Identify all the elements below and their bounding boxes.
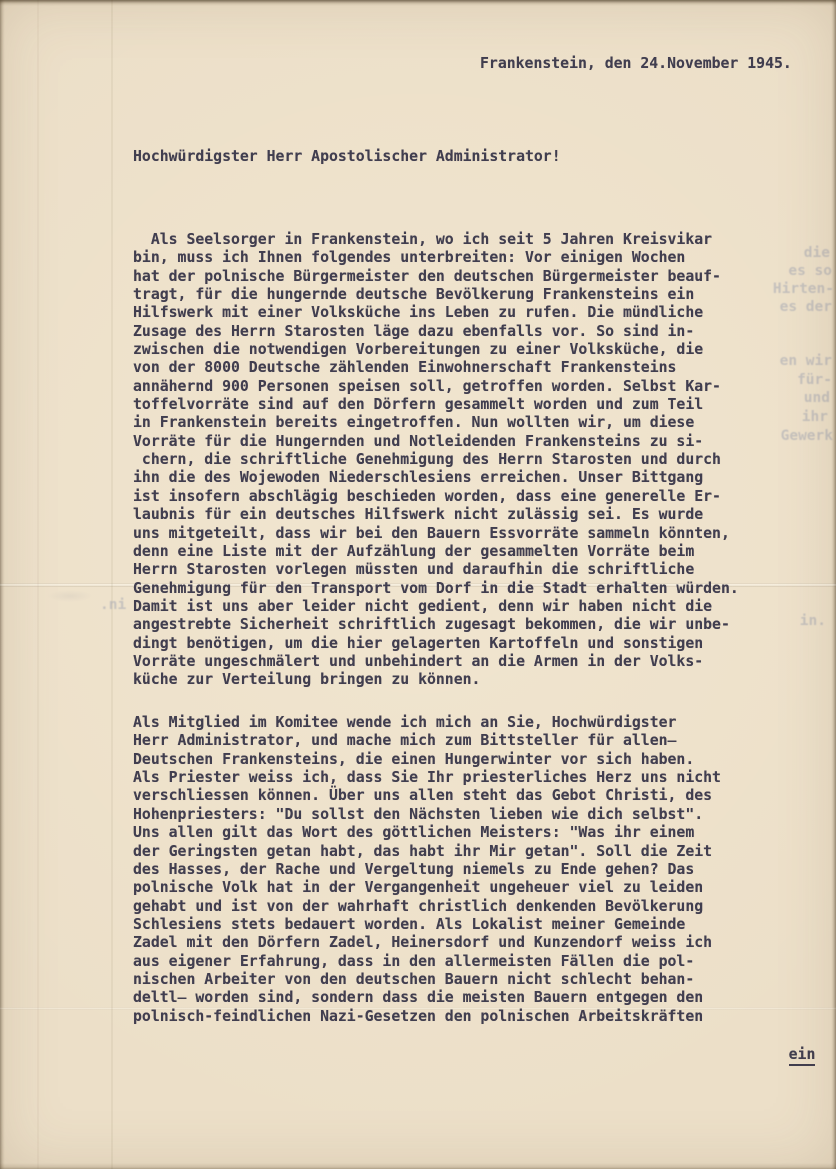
text-line: dingt benötigen, um die hier gelagerten …: [133, 635, 773, 653]
text-line: Herrn Starosten vorlegen müssten und dar…: [133, 561, 773, 579]
text-line: polnische Volk hat in der Vergangenheit …: [133, 879, 773, 897]
text-line: angestrebte Sicherheit schriftlich zuges…: [133, 616, 773, 634]
text-line: Hilfswerk mit einer Volksküche ins Leben…: [133, 304, 773, 322]
text-line: hat der polnische Bürgermeister den deut…: [133, 268, 773, 286]
text-line: Als Mitglied im Komitee wende ich mich a…: [133, 714, 773, 732]
text-line: zwischen die notwendigen Vorbereitungen …: [133, 341, 773, 359]
text-line: des Hasses, der Rache und Vergeltung nie…: [133, 861, 773, 879]
text-line: Deutschen Frankensteins, die einen Hunge…: [133, 751, 773, 769]
paragraph-1: Als Seelsorger in Frankenstein, wo ich s…: [133, 231, 773, 690]
letter-page: diees soHirten-es deren wirfür-undihrGew…: [0, 0, 836, 1169]
text-line: laubnis für ein deutsches Hilfswerk nich…: [133, 506, 773, 524]
showthrough-text-fragment: es der: [780, 298, 832, 316]
showthrough-text-fragment: Gewerk: [781, 427, 833, 445]
text-line: küche zur Verteilung bringen zu können.: [133, 671, 773, 689]
text-line: bin, muss ich Ihnen folgendes unterbreit…: [133, 249, 773, 267]
letter-body: Als Seelsorger in Frankenstein, wo ich s…: [133, 231, 773, 1050]
text-line: tragt, für die hungernde deutsche Bevölk…: [133, 286, 773, 304]
showthrough-text-fragment: für-: [797, 371, 832, 389]
text-line: Als Seelsorger in Frankenstein, wo ich s…: [133, 231, 773, 249]
paragraph-2: Als Mitglied im Komitee wende ich mich a…: [133, 714, 773, 1026]
text-line: Zadel mit den Dörfern Zadel, Heinersdorf…: [133, 934, 773, 952]
text-line: polnisch-feindlichen Nazi-Gesetzen den p…: [133, 1008, 773, 1026]
text-line: Genehmigung für den Transport vom Dorf i…: [133, 580, 773, 598]
text-line: Vorräte ungeschmälert und unbehindert an…: [133, 653, 773, 671]
text-line: Vorräte für die Hungernden und Notleiden…: [133, 433, 773, 451]
text-line: annähernd 900 Personen speisen soll, get…: [133, 378, 773, 396]
catchword: ein: [789, 1046, 816, 1066]
showthrough-text-fragment: en wir: [780, 352, 832, 370]
text-line: Hohenpriesters: "Du sollst den Nächsten …: [133, 806, 773, 824]
text-line: ist insofern abschlägig beschieden worde…: [133, 488, 773, 506]
salutation: Hochwürdigster Herr Apostolischer Admini…: [133, 148, 561, 166]
catchword-row: ein: [753, 1028, 815, 1083]
text-line: von der 8000 Deutsche zählenden Einwohne…: [133, 359, 773, 377]
showthrough-text-fragment: es so: [788, 262, 832, 280]
showthrough-text-fragment: und: [804, 389, 830, 407]
text-line: toffelvorräte sind auf den Dörfern gesam…: [133, 396, 773, 414]
text-line: verschliessen können. Über uns allen ste…: [133, 787, 773, 805]
text-line: uns mitgeteilt, dass wir bei den Bauern …: [133, 525, 773, 543]
text-line: ihn die des Wojewoden Niederschlesiens e…: [133, 469, 773, 487]
dateline: Frankenstein, den 24.November 1945.: [480, 55, 792, 73]
text-line: Zusage des Herrn Starosten läge dazu ebe…: [133, 323, 773, 341]
text-line: chern, die schriftliche Genehmigung des …: [133, 451, 773, 469]
text-line: in Frankenstein bereits eingetroffen. Nu…: [133, 414, 773, 432]
showthrough-text-fragment: ihr: [802, 408, 828, 426]
text-line: aus eigener Erfahrung, dass in den aller…: [133, 953, 773, 971]
showthrough-text-fragment: die: [804, 244, 830, 262]
text-line: nischen Arbeiter von den deutschen Bauer…: [133, 971, 773, 989]
pencil-smudge: [40, 588, 100, 604]
showthrough-text-fragment: .ni: [100, 596, 126, 614]
fold-crease-vertical: [111, 0, 113, 1169]
text-line: denn eine Liste mit der Aufzählung der g…: [133, 543, 773, 561]
text-line: gehabt und ist von der wahrhaft christli…: [133, 898, 773, 916]
text-line: Uns allen gilt das Wort des göttlichen M…: [133, 824, 773, 842]
text-line: Damit ist uns aber leider nicht gedient,…: [133, 598, 773, 616]
showthrough-text-fragment: Hirten-: [773, 280, 834, 298]
text-line: deltl̶ worden sind, sondern dass die mei…: [133, 989, 773, 1007]
fold-crease-vertical-left: [37, 0, 39, 1169]
showthrough-text-fragment: in.: [800, 612, 826, 630]
text-line: Als Priester weiss ich, dass Sie Ihr pri…: [133, 769, 773, 787]
text-line: Herr Administrator, und mache mich zum B…: [133, 732, 773, 750]
text-line: Schlesiens stets bedauert worden. Als Lo…: [133, 916, 773, 934]
text-line: der Geringsten getan habt, das habt ihr …: [133, 843, 773, 861]
